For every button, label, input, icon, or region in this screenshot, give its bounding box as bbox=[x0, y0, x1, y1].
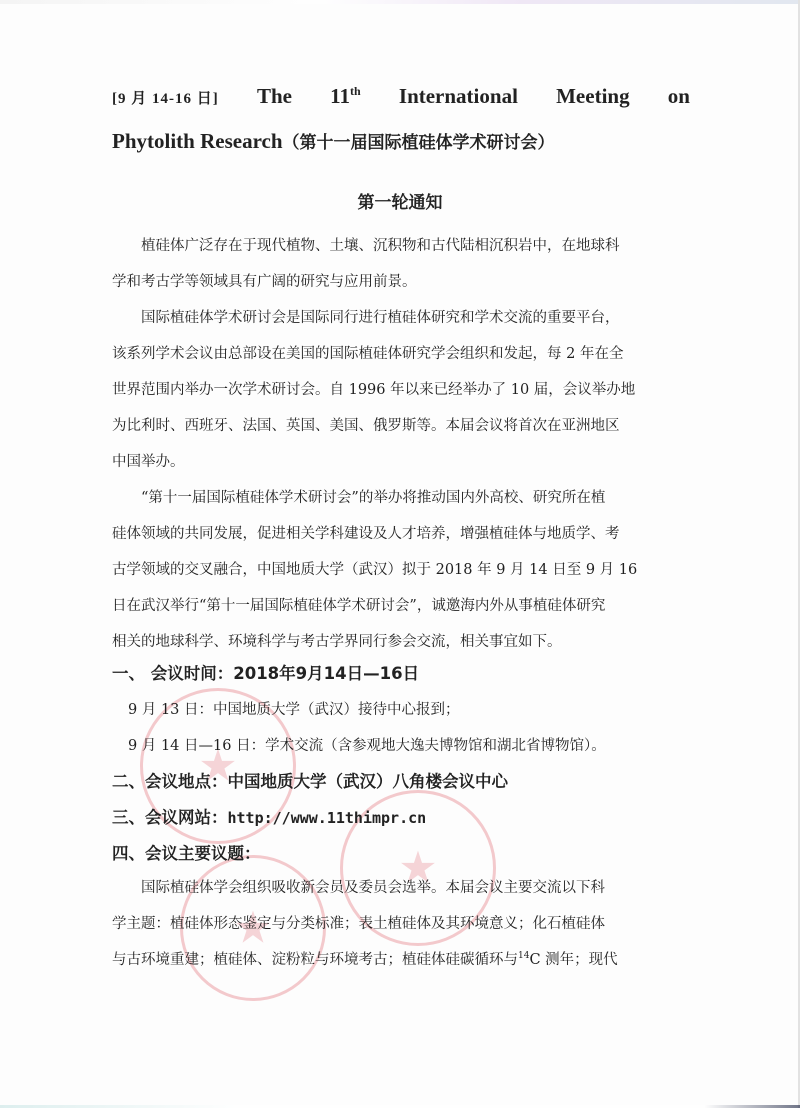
text-line: 古学领域的交叉融合，中国地质大学（武汉）拟于 2018 年 9 月 14 日至 … bbox=[112, 552, 692, 588]
document-subtitle: 第一轮通知 bbox=[0, 188, 800, 213]
paragraph-invitation: “第十一届国际植硅体学术研讨会”的举办将推动国内外高校、研究所在植 硅体领域的共… bbox=[112, 480, 692, 660]
document-title-line2: Phytolith Research（第十一届国际植硅体学术研讨会） bbox=[112, 128, 690, 154]
text-line: 植硅体广泛存在于现代植物、土壤、沉积物和古代陆相沉积岩中，在地球科 bbox=[112, 228, 692, 264]
text-line: 该系列学术会议由总部设在美国的国际植硅体研究学会组织和发起，每 2 年在全 bbox=[112, 336, 692, 372]
section-heading-topics: 四、会议主要议题： bbox=[112, 840, 261, 864]
text-line: 世界范围内举办一次学术研讨会。自 1996 年以来已经举办了 10 届，会议举办… bbox=[112, 372, 692, 408]
section-heading-time: 一、 会议时间：2018年9月14日—16日 bbox=[112, 660, 419, 684]
text-line: 相关的地球科学、环境科学与考古学界同行参会交流，相关事宜如下。 bbox=[112, 624, 692, 660]
title-chinese: （第十一届国际植硅体学术研讨会） bbox=[283, 133, 555, 153]
text-line: “第十一届国际植硅体学术研讨会”的举办将推动国内外高校、研究所在植 bbox=[112, 480, 692, 516]
scan-edge-top bbox=[0, 0, 800, 4]
paragraph-background: 国际植硅体学术研讨会是国际同行进行植硅体研究和学术交流的重要平台， 该系列学术会… bbox=[112, 300, 692, 480]
text-line: 国际植硅体学术研讨会是国际同行进行植硅体研究和学术交流的重要平台， bbox=[112, 300, 692, 336]
title-date-prefix: [9 月 14-16 日] bbox=[112, 87, 219, 108]
section-heading-website: 三、会议网站：http://www.11thimpr.cn bbox=[112, 804, 426, 828]
website-label: 三、会议网站： bbox=[112, 808, 228, 827]
text-line: 学和考古学等领域具有广阔的研究与应用前景。 bbox=[112, 264, 692, 300]
title-english: Phytolith Research bbox=[112, 129, 283, 153]
title-word: on bbox=[668, 84, 690, 109]
text-line: 国际植硅体学会组织吸收新会员及委员会选举。本届会议主要交流以下科 bbox=[112, 870, 692, 906]
text-line: 日在武汉举行“第十一届国际植硅体学术研讨会”，诚邀海内外从事植硅体研究 bbox=[112, 588, 692, 624]
document-page: ★ ★ ★ [9 月 14-16 日] The 11th Internation… bbox=[0, 0, 800, 1108]
text-line: 学主题：植硅体形态鉴定与分类标准；表土植硅体及其环境意义；化石植硅体 bbox=[112, 906, 692, 942]
text-line: 中国举办。 bbox=[112, 444, 692, 480]
text-line: 与古环境重建；植硅体、淀粉粒与环境考古；植硅体硅碳循环与14C 测年；现代 bbox=[112, 942, 692, 978]
title-word: International bbox=[399, 84, 518, 109]
document-title-line1: [9 月 14-16 日] The 11th International Mee… bbox=[112, 84, 690, 109]
website-link[interactable]: http://www.11thimpr.cn bbox=[228, 809, 427, 827]
title-word: Meeting bbox=[556, 84, 629, 109]
title-word: The bbox=[257, 84, 292, 109]
schedule-item: 9 月 14 日—16 日：学术交流（含参观地大逸夫博物馆和湖北省博物馆）。 bbox=[128, 734, 606, 755]
title-word: 11th bbox=[330, 84, 361, 109]
text-line: 为比利时、西班牙、法国、英国、美国、俄罗斯等。本届会议将首次在亚洲地区 bbox=[112, 408, 692, 444]
text-line: 硅体领域的共同发展，促进相关学科建设及人才培养，增强植硅体与地质学、考 bbox=[112, 516, 692, 552]
paragraph-intro: 植硅体广泛存在于现代植物、土壤、沉积物和古代陆相沉积岩中，在地球科 学和考古学等… bbox=[112, 228, 692, 300]
section-heading-venue: 二、会议地点：中国地质大学（武汉）八角楼会议中心 bbox=[112, 768, 508, 792]
schedule-item: 9 月 13 日：中国地质大学（武汉）接待中心报到； bbox=[128, 698, 460, 719]
paragraph-topics: 国际植硅体学会组织吸收新会员及委员会选举。本届会议主要交流以下科 学主题：植硅体… bbox=[112, 870, 692, 978]
